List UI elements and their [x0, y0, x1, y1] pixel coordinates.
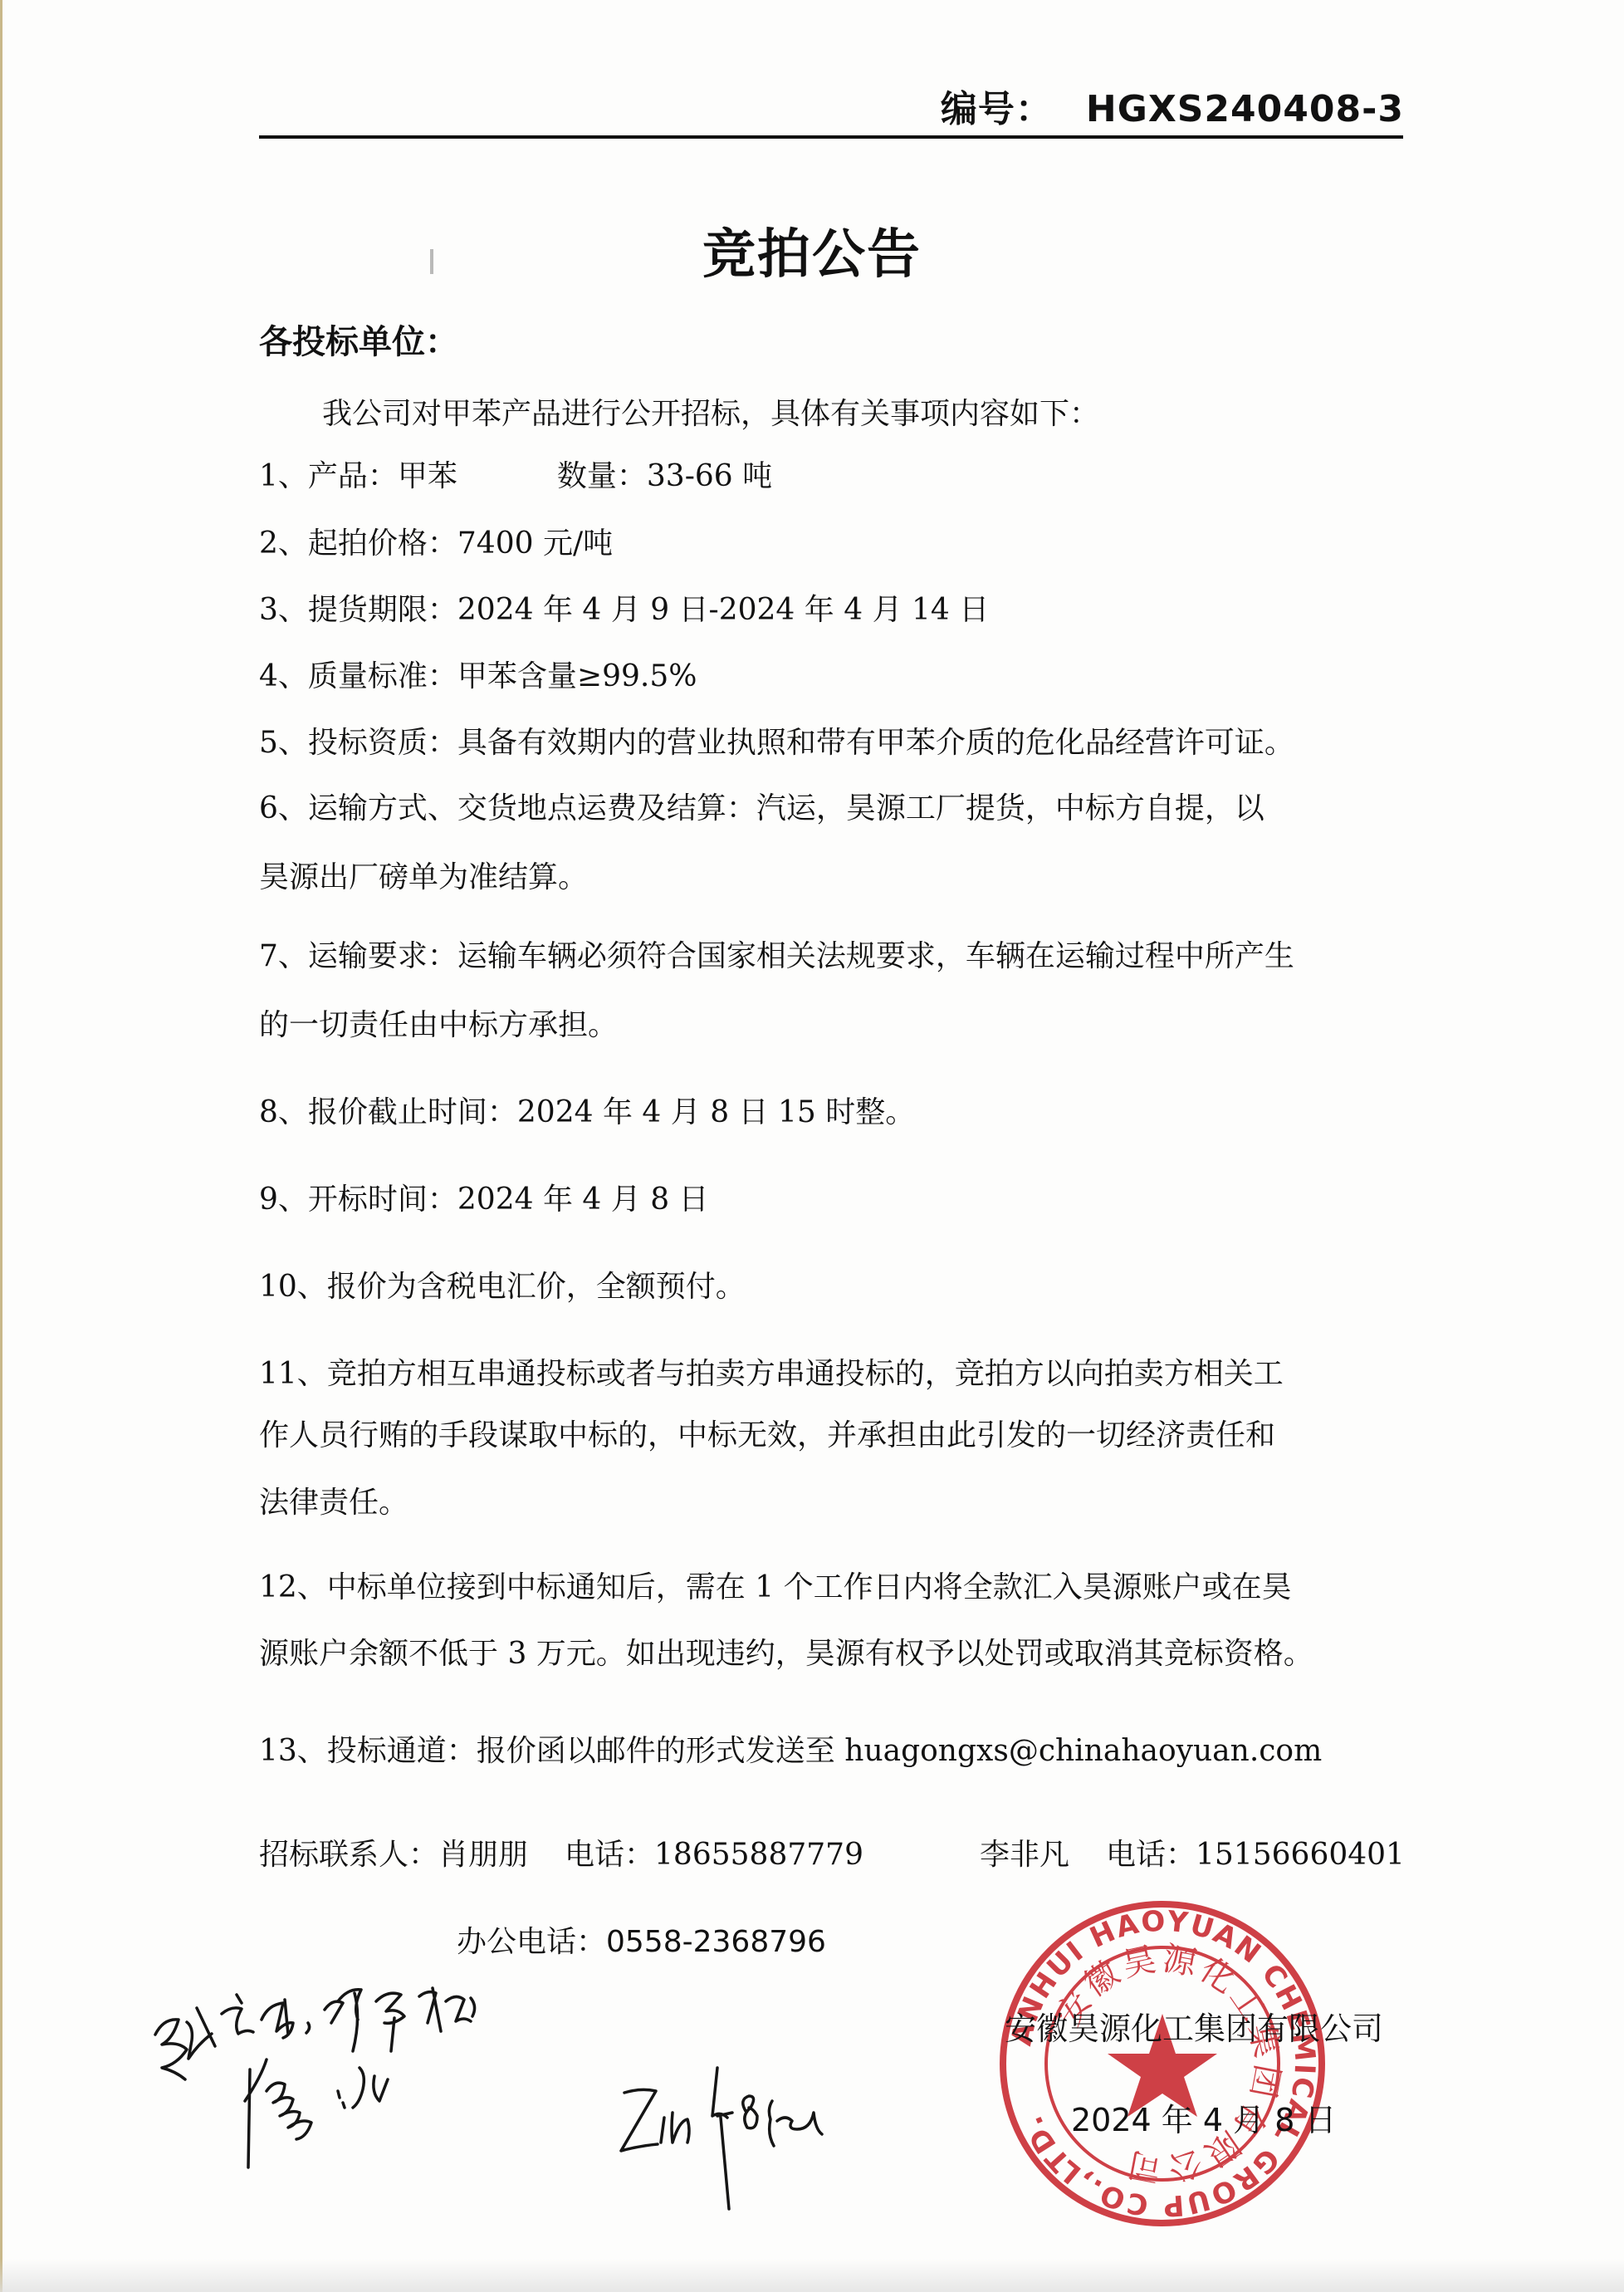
- item-11-line-3: 法律责任。: [259, 1485, 408, 1521]
- contact-label: 招标联系人：: [259, 1838, 438, 1872]
- item-9: 9、开标时间：2024 年 4 月 8 日: [259, 1182, 709, 1217]
- handwritten-signature-icon: [614, 2059, 847, 2242]
- item-8: 8、报价截止时间：2024 年 4 月 8 日 15 时整。: [259, 1095, 915, 1130]
- document-number: 编号：HGXS240408-3: [941, 79, 1404, 132]
- item-13-submission-channel: 13、投标通道：报价函以邮件的形式发送至 huagongxs@chinahaoy…: [259, 1733, 1322, 1769]
- document-number-value: HGXS240408-3: [1086, 88, 1404, 130]
- item-1: 1、产品：甲苯数量：33-66 吨: [259, 458, 772, 494]
- item-6-line-2: 昊源出厂磅单为准结算。: [259, 859, 588, 895]
- contact-row: 招标联系人：肖朋朋电话：18655887779 李非凡电话：1515666040…: [259, 1831, 1397, 1873]
- item-3: 3、提货期限：2024 年 4 月 9 日-2024 年 4 月 14 日: [259, 592, 989, 628]
- scan-shadow: [0, 2259, 1624, 2292]
- intro-paragraph: 我公司对甲苯产品进行公开招标，具体有关事项内容如下：: [322, 390, 1099, 433]
- contact-person-2-name: 李非凡: [980, 1838, 1069, 1872]
- item-6-line-1: 6、运输方式、交货地点运费及结算：汽运，昊源工厂提货，中标方自提，以: [259, 791, 1264, 826]
- item-7-line-2: 的一切责任由中标方承担。: [259, 1007, 618, 1043]
- office-phone: 办公电话：0558-2368796: [457, 1918, 826, 1961]
- handwritten-note-icon: [145, 1976, 544, 2176]
- item-4: 4、质量标准：甲苯含量≥99.5%: [259, 659, 697, 694]
- item-12-line-2: 源账户余额不低于 3 万元。如出现违约，昊源有权予以处罚或取消其竞标资格。: [259, 1636, 1313, 1672]
- item-5: 5、投标资质：具备有效期内的营业执照和带有甲苯介质的危化品经营许可证。: [259, 725, 1294, 761]
- header-divider: [259, 135, 1403, 139]
- item-2: 2、起拍价格：7400 元/吨: [259, 526, 613, 561]
- document-page: 编号：HGXS240408-3 竞拍公告 各投标单位： 我公司对甲苯产品进行公开…: [0, 0, 1624, 2292]
- document-number-label: 编号：: [941, 88, 1053, 130]
- item-7-line-1: 7、运输要求：运输车辆必须符合国家相关法规要求，车辆在运输过程中所产生: [259, 938, 1294, 974]
- item-1-quantity: 数量：33-66 吨: [557, 459, 772, 493]
- item-1-product: 1、产品：甲苯: [259, 459, 457, 493]
- contact-person-1-phone: 电话：18655887779: [565, 1838, 863, 1872]
- contact-person-2: 李非凡电话：15156660401: [980, 1831, 1405, 1873]
- issue-date: 2024 年 4 月 8 日: [1071, 2094, 1336, 2140]
- page-edge: [0, 0, 2, 2292]
- contact-person-1-name: 肖朋朋: [438, 1838, 528, 1872]
- item-11-line-2: 作人员行贿的手段谋取中标的，中标无效，并承担由此引发的一切经济责任和: [259, 1418, 1275, 1453]
- item-12-line-1: 12、中标单位接到中标通知后，需在 1 个工作日内将全款汇入昊源账户或在昊: [259, 1570, 1292, 1605]
- item-11-line-1: 11、竞拍方相互串通投标或者与拍卖方串通投标的，竞拍方以向拍卖方相关工: [259, 1356, 1284, 1392]
- contact-person-2-phone: 电话：15156660401: [1106, 1838, 1405, 1872]
- company-seal-icon: ANHUI HAOYUAN CHEMICAL GROUP CO.,LTD. 安徽…: [996, 1898, 1328, 2230]
- page-title: 竞拍公告: [0, 212, 1624, 288]
- item-10: 10、报价为含税电汇价，全额预付。: [259, 1269, 746, 1305]
- issuer-company-name: 安徽昊源化工集团有限公司: [1005, 2003, 1383, 2049]
- salutation: 各投标单位：: [259, 316, 458, 363]
